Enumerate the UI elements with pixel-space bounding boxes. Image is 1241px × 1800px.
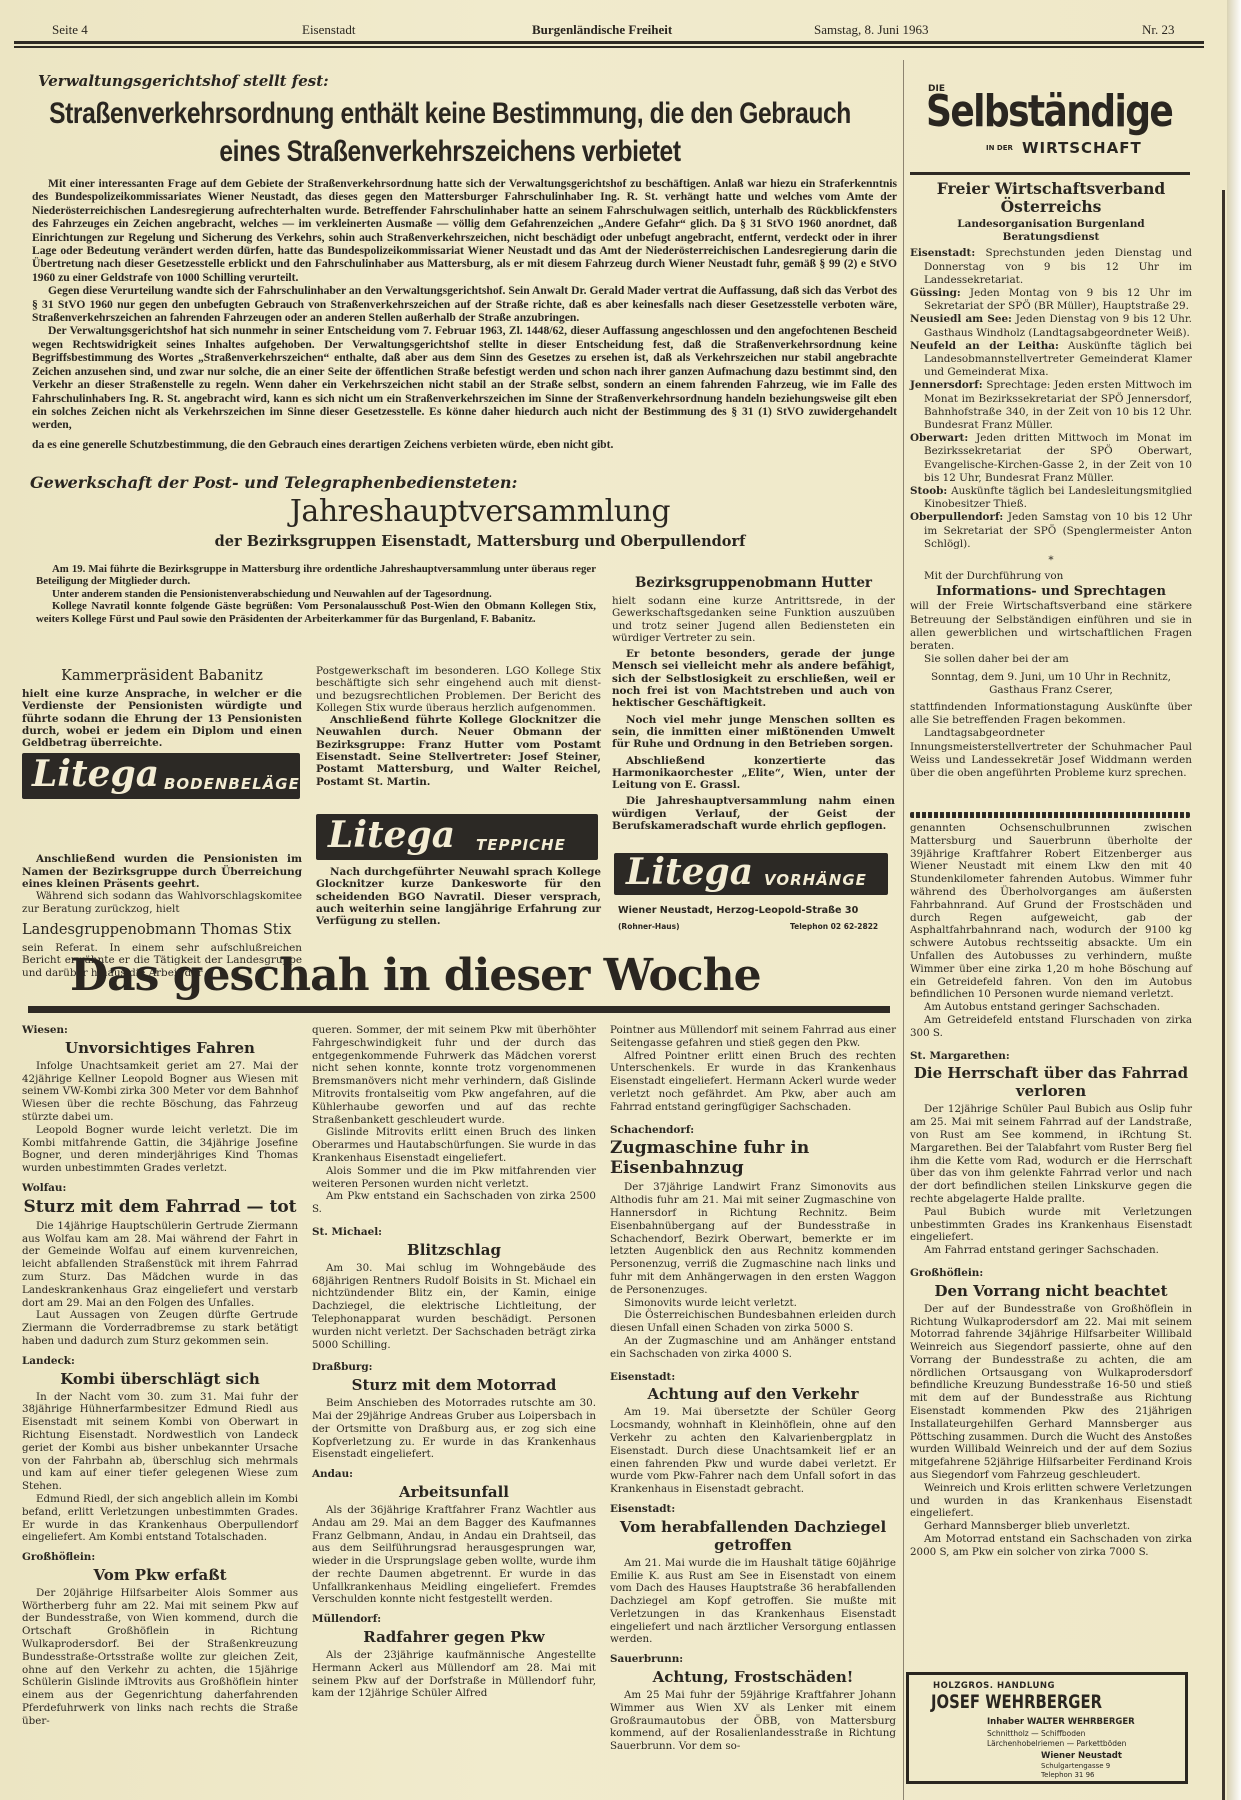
wavy-divider <box>910 812 1190 818</box>
entry-place: Oberwart: <box>910 432 968 444</box>
page-edge-line <box>1222 190 1225 1800</box>
litega-logo: Litega <box>626 851 753 893</box>
wehrberger-kicker: HOLZGROS. HANDLUNG <box>933 1681 1055 1691</box>
story-paragraph: Gerhard Mannsberger blieb unverletzt. <box>910 1520 1192 1533</box>
subhead-babanitz: Kammerpräsident Babanitz <box>22 667 302 685</box>
week-headline: Das geschah in dieser Woche <box>70 950 870 1002</box>
story-title: Den Vorrang nicht beachtet <box>910 1282 1192 1300</box>
story-place: Großhöflein: <box>910 1267 1192 1280</box>
running-header: Seite 4 Eisenstadt Burgenländische Freih… <box>20 18 1206 42</box>
story-place: Landeck: <box>22 1355 298 1368</box>
story-paragraph: Die Österreichischen Bundesbahnen erleid… <box>610 1309 896 1335</box>
info-text: stattfindenden Informationstagung Auskün… <box>910 701 1192 727</box>
entry-place: Stoob: <box>910 485 947 497</box>
story-title: Kombi überschlägt sich <box>22 1370 298 1388</box>
union-paragraph: Anschließend führte Kollege Glocknitzer … <box>316 714 601 788</box>
story-paragraph: Weinreich und Krois erlitten schwere Ver… <box>910 1482 1192 1520</box>
story-paragraph: Am 25 Mai fuhr der 59jährige Kraftfahrer… <box>610 1689 896 1753</box>
story-paragraph: Paul Bubich wurde mit Verletzungen unbes… <box>910 1206 1192 1244</box>
header-rule <box>14 46 1204 48</box>
info-text: Sie sollen daher bei der am <box>910 653 1192 666</box>
wehrberger-line: Schnittholz — Schiffboden <box>987 1729 1085 1738</box>
story-place: Eisenstadt: <box>610 1503 896 1516</box>
entry-place: Güssing: <box>910 287 961 299</box>
logo-in-der: IN DER <box>986 144 1013 152</box>
union-intro: Am 19. Mai führte die Bezirksgruppe in M… <box>36 563 596 625</box>
story-title: Radfahrer gegen Pkw <box>312 1628 596 1646</box>
story-paragraph: Alois Sommer und die im Pkw mitfahrenden… <box>312 1165 596 1191</box>
story-paragraph: An der Zugmaschine und am Anhänger entst… <box>610 1335 896 1361</box>
story-place: Wolfau: <box>22 1182 298 1195</box>
story-paragraph: Am Autobus entstand geringer Sachschaden… <box>910 1001 1192 1014</box>
litega-address: Wiener Neustadt, Herzog-Leopold-Straße 3… <box>618 905 858 916</box>
story-paragraph: Simonovits wurde leicht verletzt. <box>610 1297 896 1310</box>
litega-product: BODENBELÄGE <box>164 775 300 793</box>
lead-headline-line2: eines Straßenverkehrszeichens verbietet <box>32 134 868 170</box>
entry-place: Neusiedl am See: <box>910 313 1012 325</box>
wehrberger-ad[interactable]: HOLZGROS. HANDLUNG JOSEF WEHRBERGER Inha… <box>906 1672 1188 1784</box>
story-title: Zugmaschine fuhr in Eisenbahnzug <box>610 1138 896 1178</box>
lead-headline: Straßenverkehrsordnung enthält keine Bes… <box>32 96 868 132</box>
info-intro: Mit der Durchführung von <box>910 570 1192 583</box>
story-paragraph: Leopold Bogner wurde leicht verletzt. Di… <box>22 1124 298 1175</box>
story-title: Vom herabfallenden Dachziegel getroffen <box>610 1518 896 1554</box>
lead-paragraph: Der Verwaltungsgerichtshof hat sich nunm… <box>32 324 897 431</box>
week-rule <box>28 1006 890 1013</box>
story-title: Sturz mit dem Motorrad <box>312 1376 596 1394</box>
sidebar-entry: Stoob: Auskünfte täglich bei Landesleitu… <box>910 485 1192 511</box>
sidebar-title: Freier Wirtschaftsverband Österreichs <box>910 180 1192 216</box>
info-date: Sonntag, dem 9. Juni, um 10 Uhr in Rechn… <box>910 671 1192 697</box>
story-paragraph: Am Pkw entstand ein Sachschaden von zirk… <box>312 1190 596 1216</box>
lead-paragraph: Gegen diese Verurteilung wandte sich der… <box>32 284 897 324</box>
union-paragraph: hielt sodann eine kurze Antrittsrede, in… <box>612 595 895 644</box>
issue-number: Nr. 23 <box>1142 22 1175 38</box>
subhead-stix: Landesgruppenobmann Thomas Stix <box>22 921 302 939</box>
story-paragraph: Infolge Unachtsamkeit geriet am 27. Mai … <box>22 1060 298 1124</box>
story-title: Vom Pkw erfaßt <box>22 1566 298 1584</box>
story-paragraph: Am Motorrad entstand ein Sachschaden von… <box>910 1533 1192 1559</box>
column-rule <box>903 60 904 1800</box>
story-place: Andau: <box>312 1468 596 1481</box>
story-paragraph: Gislinde Mitrovits erlitt einen Bruch de… <box>312 1126 596 1164</box>
newspaper-page: Seite 4 Eisenstadt Burgenländische Freih… <box>0 0 1241 1800</box>
sidebar-entry: Neufeld an der Leitha: Auskünfte täglich… <box>910 340 1192 380</box>
union-kicker: Gewerkschaft der Post- und Telegraphenbe… <box>30 473 517 492</box>
union-paragraph: hielt eine kurze Ansprache, in welcher e… <box>22 688 302 749</box>
header-place: Eisenstadt <box>302 22 355 38</box>
wehrberger-city: Wiener Neustadt <box>1041 1751 1122 1761</box>
story-paragraph: Am 21. Mai wurde die im Haushalt tätige … <box>610 1557 896 1647</box>
sidebar-entry: Oberpullendorf: Jeden Samstag von 10 bis… <box>910 511 1192 551</box>
union-headline: Jahreshauptversammlung <box>200 494 760 530</box>
page-edge <box>1227 0 1241 1800</box>
header-rule <box>14 41 1204 44</box>
union-paragraph: Nach durchgeführter Neuwahl sprach Kolle… <box>316 866 601 927</box>
lead-article-body: Mit einer interessanten Frage auf dem Ge… <box>32 177 897 451</box>
litega-logo: Litega <box>328 814 455 856</box>
page-number: Seite 4 <box>52 22 88 38</box>
story-paragraph: queren. Sommer, der mit seinem Pkw mit ü… <box>312 1024 596 1126</box>
sidebar-column: Freier Wirtschaftsverband Österreichs La… <box>910 180 1192 780</box>
selbstaendige-logo: DIE Selbständige IN DER WIRTSCHAFT <box>926 84 1186 164</box>
story-title: Arbeitsunfall <box>312 1483 596 1501</box>
sidebar-entry: Eisenstadt: Sprechstunden jeden Dienstag… <box>910 247 1192 287</box>
story-place: Eisenstadt: <box>610 1371 896 1384</box>
issue-date: Samstag, 8. Juni 1963 <box>814 22 928 38</box>
litega-logo: Litega <box>32 753 159 795</box>
story-paragraph: Am 30. Mai schlug im Wohngebäude des 68j… <box>312 1262 596 1352</box>
story-paragraph: Beim Anschieben des Motorrades rutschte … <box>312 1397 596 1461</box>
sidebar-rule <box>910 172 1190 175</box>
wehrberger-owner: Inhaber WALTER WEHRBERGER <box>987 1717 1135 1727</box>
union-paragraph: Anschließend wurden die Pensionisten im … <box>22 853 302 890</box>
story-paragraph: Die 14jährige Hauptschülerin Gertrude Zi… <box>22 1220 298 1310</box>
litega-ad-vorhaenge[interactable]: Litega VORHÄNGE <box>614 853 888 895</box>
story-place: Wiesen: <box>22 1024 298 1037</box>
story-place: Müllendorf: <box>312 1613 596 1626</box>
union-paragraph: Die Jahreshauptversammlung nahm einen wü… <box>612 795 895 832</box>
story-paragraph: Pointner aus Müllendorf mit seinem Fahrr… <box>610 1024 896 1050</box>
union-col-2: Postgewerkschaft im besonderen. LGO Koll… <box>316 665 601 927</box>
info-heading: Informations- und Sprechtagen <box>910 583 1192 600</box>
union-paragraph: Am 19. Mai führte die Bezirksgruppe in M… <box>36 563 596 588</box>
story-paragraph: genannten Ochsenschulbrunnen zwischen Ma… <box>910 822 1192 1001</box>
week-col-3: Pointner aus Müllendorf mit seinem Fahrr… <box>610 1024 896 1753</box>
story-paragraph: Am 19. Mai übersetzte der Schüler Georg … <box>610 1406 896 1496</box>
wehrberger-phone: Telephon 31 96 <box>1041 1771 1095 1779</box>
lead-kicker: Verwaltungsgerichtshof stellt fest: <box>38 72 329 90</box>
story-paragraph: Am Getreidefeld entstand Flurschaden von… <box>910 1014 1192 1040</box>
union-paragraph: Während sich sodann das Wahlvorschlagsko… <box>22 890 302 915</box>
story-place: St. Michael: <box>312 1226 596 1239</box>
union-paragraph: Noch viel mehr junge Menschen sollten es… <box>612 714 895 751</box>
lead-closing: da es eine generelle Schutzbestimmung, d… <box>32 438 897 451</box>
litega-product: VORHÄNGE <box>764 871 867 889</box>
litega-house: (Rohner-Haus) <box>618 922 680 931</box>
story-place: St. Margarethen: <box>910 1050 1192 1063</box>
litega-phone: Telephon 02 62-2822 <box>790 922 878 931</box>
story-place: Großhöflein: <box>22 1551 298 1564</box>
entry-text: Auskünfte täglich bei Landesleitungsmitg… <box>924 485 1192 510</box>
union-paragraph: Unter anderem standen die Pensionistenve… <box>36 588 596 600</box>
story-place: Sauerbrunn: <box>610 1653 896 1666</box>
story-title: Sturz mit dem Fahrrad — tot <box>22 1197 298 1217</box>
sidebar-entry: Oberwart: Jeden dritten Mittwoch im Mona… <box>910 432 1192 485</box>
story-place: Draßburg: <box>312 1361 596 1374</box>
story-title: Achtung auf den Verkehr <box>610 1385 896 1403</box>
story-paragraph: Laut Aussagen von Zeugen dürfte Gertrude… <box>22 1309 298 1347</box>
wehrberger-street: Schulgartengasse 9 <box>1041 1762 1110 1770</box>
story-title: Achtung, Frostschäden! <box>610 1668 896 1686</box>
wehrberger-name: JOSEF WEHRBERGER <box>931 1691 1102 1713</box>
week-col-2: queren. Sommer, der mit seinem Pkw mit ü… <box>312 1024 596 1700</box>
sidebar-entry: Güssing: Jeden Montag von 9 bis 12 Uhr i… <box>910 287 1192 313</box>
entry-place: Jennersdorf: <box>910 379 983 391</box>
story-paragraph: Am Fahrrad entstand geringer Sachschaden… <box>910 1244 1192 1257</box>
logo-wirtschaft: WIRTSCHAFT <box>1022 139 1142 157</box>
subhead-hutter: Bezirksgruppenobmann Hutter <box>612 574 895 592</box>
story-title: Blitzschlag <box>312 1241 596 1259</box>
story-paragraph: Als der 23jährige kaufmännische Angestel… <box>312 1649 596 1700</box>
union-paragraph: Kollege Navratil konnte folgende Gäste b… <box>36 600 596 625</box>
story-paragraph: Der auf der Bundesstraße von Großhöflein… <box>910 1303 1192 1482</box>
story-place: Schachendorf: <box>610 1124 896 1137</box>
info-text: Landtagsabgeordneter Innungsmeisterstell… <box>910 727 1192 780</box>
union-col-1: Kammerpräsident Babanitz hielt eine kurz… <box>22 665 302 979</box>
litega-product: TEPPICHE <box>476 836 566 854</box>
story-title: Unvorsichtiges Fahren <box>22 1039 298 1057</box>
union-paragraph: Abschließend konzertierte das Harmonikao… <box>612 755 895 792</box>
week-col-1: Wiesen: Unvorsichtiges Fahren Infolge Un… <box>22 1024 298 1728</box>
entry-place: Eisenstadt: <box>910 247 975 259</box>
union-subheadline: der Bezirksgruppen Eisenstadt, Mattersbu… <box>150 533 810 550</box>
sidebar-entry: Neusiedl am See: Jeden Dienstag von 9 bi… <box>910 313 1192 339</box>
entry-place: Neufeld an der Leitha: <box>910 340 1059 352</box>
week-col-4: genannten Ochsenschulbrunnen zwischen Ma… <box>910 822 1192 1559</box>
sidebar-entry: Jennersdorf: Sprechtage: Jeden ersten Mi… <box>910 379 1192 432</box>
asterisk-divider: * <box>910 554 1192 567</box>
story-paragraph: In der Nacht vom 30. zum 31. Mai fuhr de… <box>22 1391 298 1493</box>
story-paragraph: Der 12jährige Schüler Paul Bubich aus Os… <box>910 1103 1192 1205</box>
litega-ad-bodenbelaege[interactable]: Litega BODENBELÄGE <box>22 753 300 799</box>
entry-place: Oberpullendorf: <box>910 511 1003 523</box>
story-paragraph: Edmund Riedl, der sich angeblich allein … <box>22 1493 298 1544</box>
wehrberger-line: Lärchenhobelriemen — Parkettböden <box>987 1739 1126 1748</box>
newspaper-title: Burgenländische Freiheit <box>532 22 672 38</box>
story-paragraph: Der 37jährige Landwirt Franz Simonovits … <box>610 1181 896 1296</box>
lead-paragraph: Mit einer interessanten Frage auf dem Ge… <box>32 177 897 284</box>
logo-selbstaendige: Selbständige <box>926 86 1172 137</box>
story-title: Die Herrschaft über das Fahrrad verloren <box>910 1064 1192 1100</box>
union-paragraph: Postgewerkschaft im besonderen. LGO Koll… <box>316 665 601 714</box>
entry-text: Jeden Montag von 9 bis 12 Uhr im Sekreta… <box>924 287 1192 312</box>
story-paragraph: Als der 36jährige Kraftfahrer Franz Wach… <box>312 1504 596 1606</box>
story-paragraph: Der 20jährige Hilfsarbeiter Alois Sommer… <box>22 1587 298 1728</box>
story-paragraph: Alfred Pointner erlitt einen Bruch des r… <box>610 1050 896 1114</box>
info-text: will der Freie Wirtschaftsverband eine s… <box>910 600 1192 653</box>
sidebar-subtitle: Landesorganisation Burgenland Beratungsd… <box>910 218 1192 244</box>
litega-ad-teppiche[interactable]: Litega TEPPICHE <box>316 814 598 860</box>
union-col-3: Bezirksgruppenobmann Hutter hielt sodann… <box>612 572 895 832</box>
union-paragraph: Er betonte besonders, gerade der junge M… <box>612 648 895 709</box>
